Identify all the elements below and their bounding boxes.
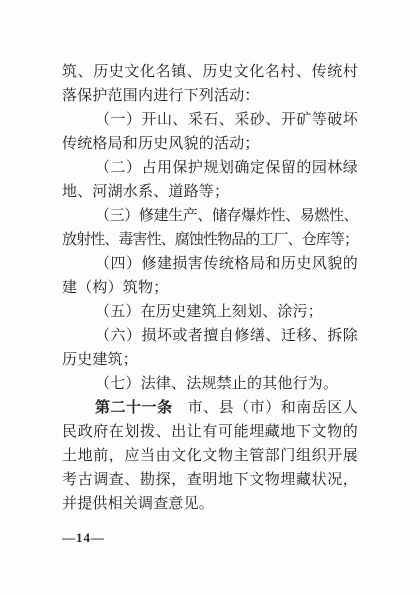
text-line: 地、河湖水系、道路等； <box>62 180 358 204</box>
article-lead-text: 市、县（市）和南岳区人 <box>188 400 358 416</box>
text-line: 传统格局和历史风貌的活动； <box>62 132 358 156</box>
text-line: （六）损坏或者擅自修缮、迁移、拆除 <box>62 324 358 348</box>
text-line: 考古调查、勘探，查明地下文物埋藏状况， <box>62 468 358 492</box>
text-line: （三）修建生产、储存爆炸性、易燃性、 <box>62 204 358 228</box>
text-line: 土地前，应当由文化文物主管部门组织开展 <box>62 444 358 468</box>
text-line: （七）法律、法规禁止的其他行为。 <box>62 372 358 396</box>
article-number: 第二十一条 <box>95 399 173 416</box>
text-line: 历史建筑； <box>62 348 358 372</box>
document-page: 筑、历史文化名镇、历史文化名村、传统村 落保护范围内进行下列活动： （一）开山、… <box>0 0 420 595</box>
text-line: 民政府在划拨、出让有可能埋藏地下文物的 <box>62 420 358 444</box>
text-line: （二）占用保护规划确定保留的园林绿 <box>62 156 358 180</box>
text-line: 第二十一条市、县（市）和南岳区人 <box>62 396 358 420</box>
document-body: 筑、历史文化名镇、历史文化名村、传统村 落保护范围内进行下列活动： （一）开山、… <box>62 60 358 516</box>
text-line: 落保护范围内进行下列活动： <box>62 84 358 108</box>
text-line: （一）开山、采石、采砂、开矿等破坏 <box>62 108 358 132</box>
text-line: 并提供相关调查意见。 <box>62 492 358 516</box>
text-line: （四）修建损害传统格局和历史风貌的 <box>62 252 358 276</box>
text-line: 筑、历史文化名镇、历史文化名村、传统村 <box>62 60 358 84</box>
text-line: 建（构）筑物； <box>62 276 358 300</box>
text-line: 放射性、毒害性、腐蚀性物品的工厂、仓库等； <box>62 228 358 252</box>
page-number: —14— <box>62 530 358 546</box>
text-line: （五）在历史建筑上刻划、涂污； <box>62 300 358 324</box>
